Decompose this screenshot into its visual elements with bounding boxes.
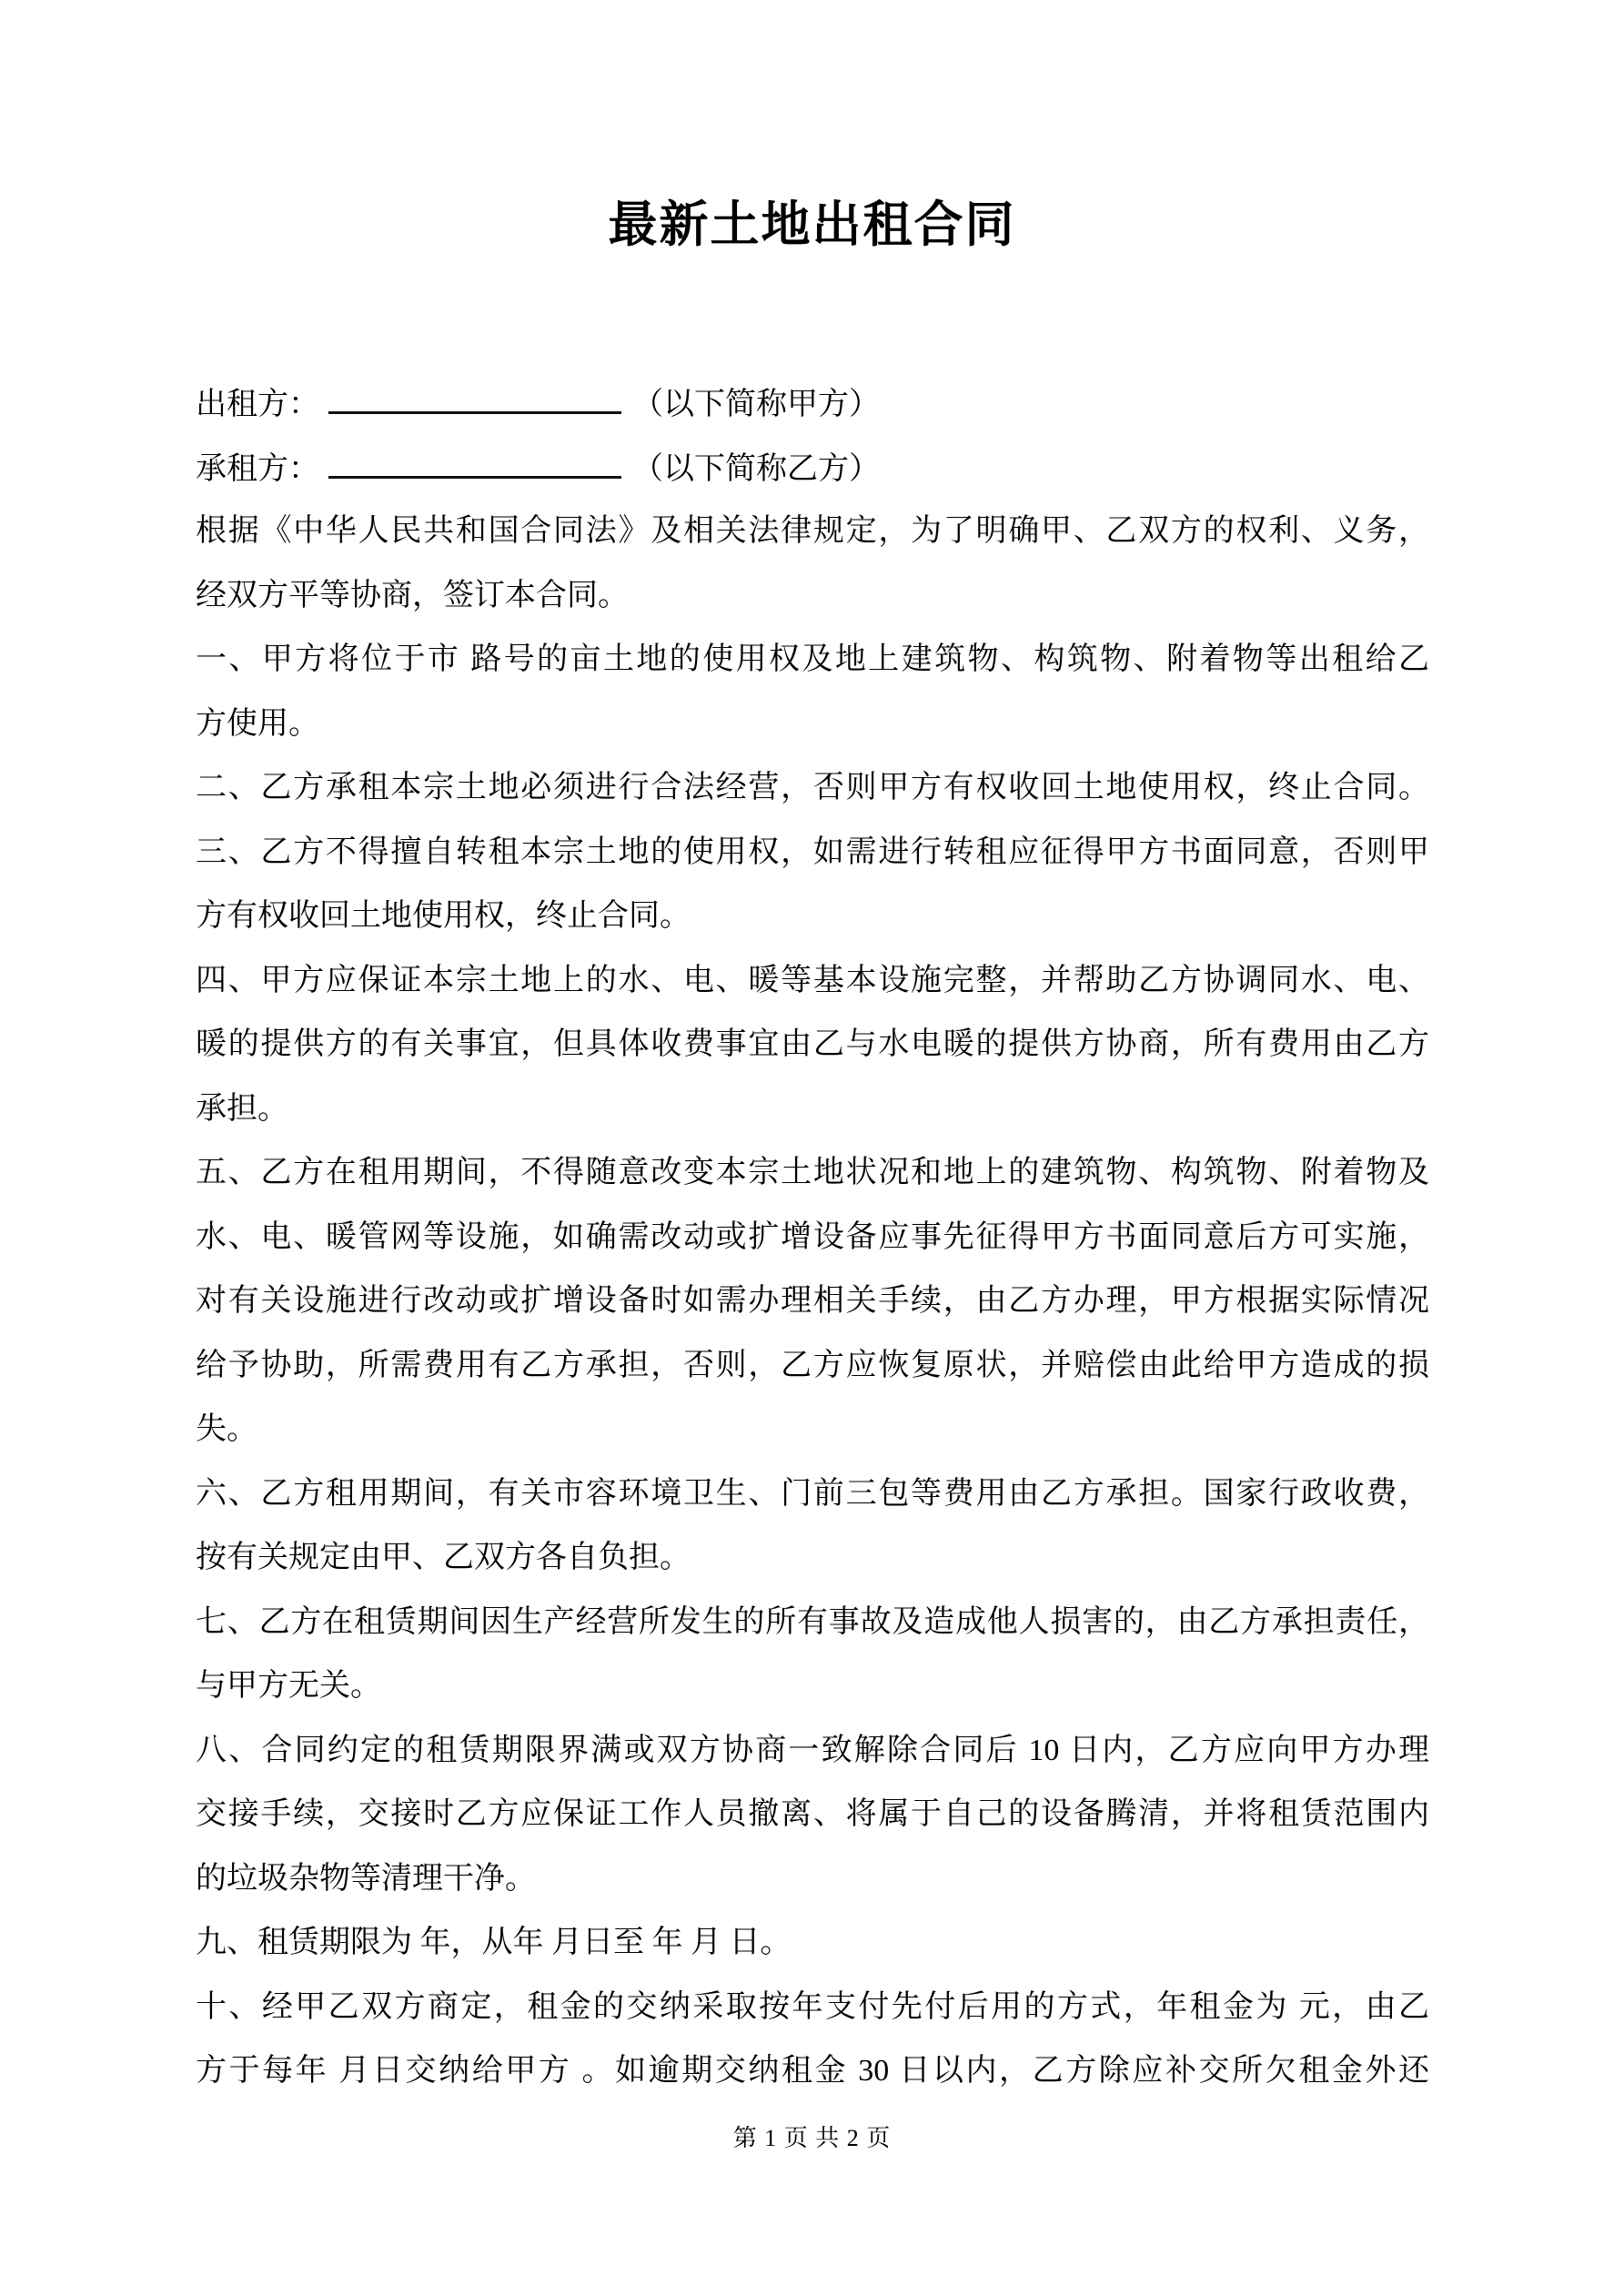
lessor-suffix: （以下简称甲方） bbox=[632, 388, 880, 421]
contract-line: 给予协助，所需费用有乙方承担，否则，乙方应恢复原状，并赔偿由此给甲方造成的损 bbox=[196, 1334, 1429, 1399]
contract-line: 八、合同约定的租赁期限界满或双方协商一致解除合同后 10 日内，乙方应向甲方办理 bbox=[196, 1719, 1429, 1784]
contract-line: 五、乙方在租用期间，不得随意改变本宗土地状况和地上的建筑物、构筑物、附着物及 bbox=[196, 1141, 1429, 1206]
party-row-lessee: 承租方：（以下简称乙方） bbox=[196, 436, 1429, 501]
lessee-blank-field bbox=[328, 436, 621, 479]
contract-line: 的垃圾杂物等清理干净。 bbox=[196, 1847, 1429, 1912]
contract-line: 二、乙方承租本宗土地必须进行合法经营，否则甲方有权收回土地使用权，终止合同。 bbox=[196, 756, 1429, 821]
contract-line: 交接手续，交接时乙方应保证工作人员撤离、将属于自己的设备腾清，并将租赁范围内 bbox=[196, 1783, 1429, 1847]
contract-line: 方使用。 bbox=[196, 693, 1429, 757]
contract-line: 承担。 bbox=[196, 1077, 1429, 1142]
contract-line: 暖的提供方的有关事宜，但具体收费事宜由乙与水电暖的提供方协商，所有费用由乙方 bbox=[196, 1013, 1429, 1077]
contract-line: 按有关规定由甲、乙双方各自负担。 bbox=[196, 1526, 1429, 1591]
contract-line: 七、乙方在租赁期间因生产经营所发生的所有事故及造成他人损害的，由乙方承担责任， bbox=[196, 1591, 1429, 1655]
party-row-lessor: 出租方：（以下简称甲方） bbox=[196, 371, 1429, 436]
contract-line: 九、租赁期限为 年，从年 月日至 年 月 日。 bbox=[196, 1911, 1429, 1976]
lessor-label: 出租方： bbox=[196, 388, 319, 421]
lessor-blank-field bbox=[328, 371, 621, 414]
contract-line: 方于每年 月日交纳给甲方 。如逾期交纳租金 30 日以内，乙方除应补交所欠租金外… bbox=[196, 2039, 1429, 2104]
contract-line: 与甲方无关。 bbox=[196, 1654, 1429, 1719]
contract-line: 水、电、暖管网等设施，如确需改动或扩增设备应事先征得甲方书面同意后方可实施， bbox=[196, 1206, 1429, 1270]
contract-line: 根据《中华人民共和国合同法》及相关法律规定，为了明确甲、乙双方的权利、义务， bbox=[196, 500, 1429, 564]
contract-line: 三、乙方不得擅自转租本宗土地的使用权，如需进行转租应征得甲方书面同意，否则甲 bbox=[196, 821, 1429, 885]
contract-line: 失。 bbox=[196, 1398, 1429, 1462]
contract-line: 对有关设施进行改动或扩增设备时如需办理相关手续，由乙方办理，甲方根据实际情况 bbox=[196, 1269, 1429, 1334]
contract-page: 最新土地出租合同 出租方：（以下简称甲方） 承租方：（以下简称乙方） 根据《中华… bbox=[0, 0, 1624, 2296]
contract-line: 六、乙方租用期间，有关市容环境卫生、门前三包等费用由乙方承担。国家行政收费， bbox=[196, 1462, 1429, 1527]
document-title: 最新土地出租合同 bbox=[0, 193, 1624, 257]
page-number-footer: 第 1 页 共 2 页 bbox=[0, 2120, 1624, 2157]
contract-line: 经双方平等协商，签订本合同。 bbox=[196, 564, 1429, 629]
contract-line: 四、甲方应保证本宗土地上的水、电、暖等基本设施完整，并帮助乙方协调同水、电、 bbox=[196, 949, 1429, 1014]
contract-line: 一、甲方将位于市 路号的亩土地的使用权及地上建筑物、构筑物、附着物等出租给乙 bbox=[196, 628, 1429, 693]
contract-line: 方有权收回土地使用权，终止合同。 bbox=[196, 885, 1429, 949]
contract-line: 十、经甲乙双方商定，租金的交纳采取按年支付先付后用的方式，年租金为 元，由乙 bbox=[196, 1976, 1429, 2040]
document-body: 出租方：（以下简称甲方） 承租方：（以下简称乙方） 根据《中华人民共和国合同法》… bbox=[196, 371, 1429, 2104]
lessee-label: 承租方： bbox=[196, 452, 319, 486]
lessee-suffix: （以下简称乙方） bbox=[632, 452, 880, 486]
